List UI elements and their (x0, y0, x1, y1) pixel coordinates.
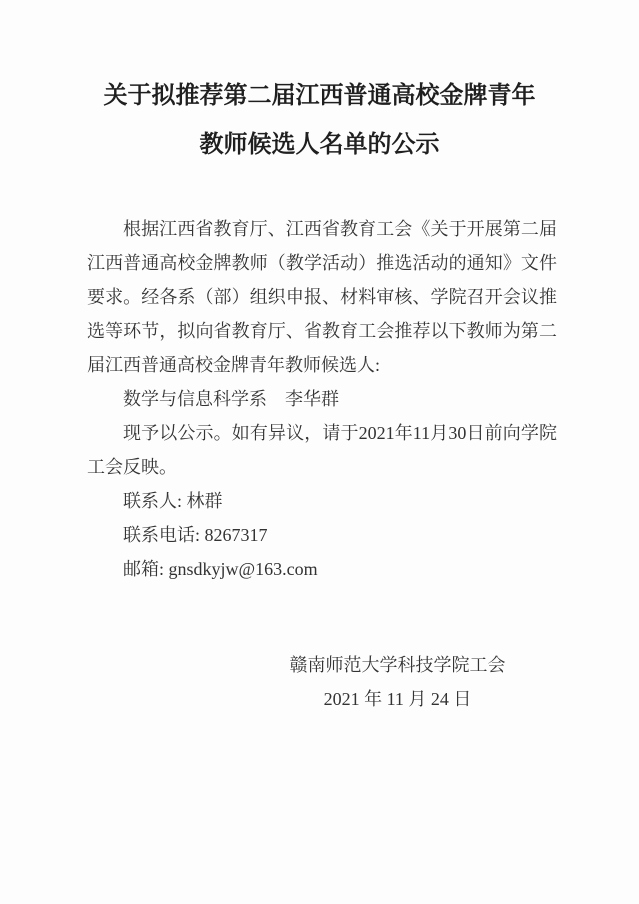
signature-organization: 赣南师范大学科技学院工会 (78, 648, 639, 682)
title-line-2: 教师候选人名单的公示 (0, 121, 639, 170)
paragraph-intro: 根据江西省教育厅、江西省教育工会《关于开展第二届江西普通高校金牌教师（教学活动）… (87, 212, 557, 382)
signature-block: 赣南师范大学科技学院工会 2021 年 11 月 24 日 (78, 648, 639, 716)
title-line-1: 关于拟推荐第二届江西普通高校金牌青年 (0, 72, 639, 121)
paragraph-contact-person: 联系人: 林群 (87, 484, 557, 518)
paragraph-publicity-notice: 现予以公示。如有异议，请于2021年11月30日前向学院工会反映。 (87, 416, 557, 484)
document-body: 根据江西省教育厅、江西省教育工会《关于开展第二届江西普通高校金牌教师（教学活动）… (87, 212, 557, 586)
paragraph-candidate: 数学与信息科学系 李华群 (87, 382, 557, 416)
paragraph-contact-email: 邮箱: gnsdkyjw@163.com (87, 552, 557, 586)
signature-date: 2021 年 11 月 24 日 (78, 682, 639, 716)
document-title: 关于拟推荐第二届江西普通高校金牌青年 教师候选人名单的公示 (0, 0, 639, 170)
announcement-document: 关于拟推荐第二届江西普通高校金牌青年 教师候选人名单的公示 根据江西省教育厅、江… (0, 0, 639, 904)
paragraph-contact-phone: 联系电话: 8267317 (87, 518, 557, 552)
